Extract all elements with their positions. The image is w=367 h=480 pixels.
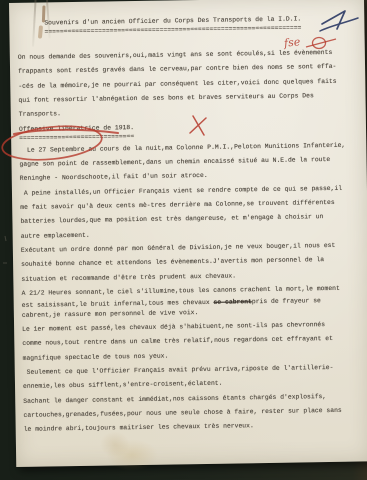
- handwritten-page-number: [318, 8, 362, 38]
- paper-crease-stain: [42, 5, 46, 22]
- margin-specks: [3, 236, 7, 263]
- paper-stain: [100, 431, 130, 457]
- red-ink-note: fse: [283, 35, 301, 50]
- page-number-ink-strokes: [318, 8, 362, 38]
- typed-text: Souvenirs d'un ancien Officier du Corps …: [17, 11, 367, 437]
- struck-text: se cabrent: [213, 298, 251, 306]
- scanned-page: Souvenirs d'un ancien Officier du Corps …: [0, 0, 367, 480]
- paper-sheet: Souvenirs d'un ancien Officier du Corps …: [9, 0, 367, 467]
- typed-text-segment: pris de frayeur se: [252, 297, 321, 305]
